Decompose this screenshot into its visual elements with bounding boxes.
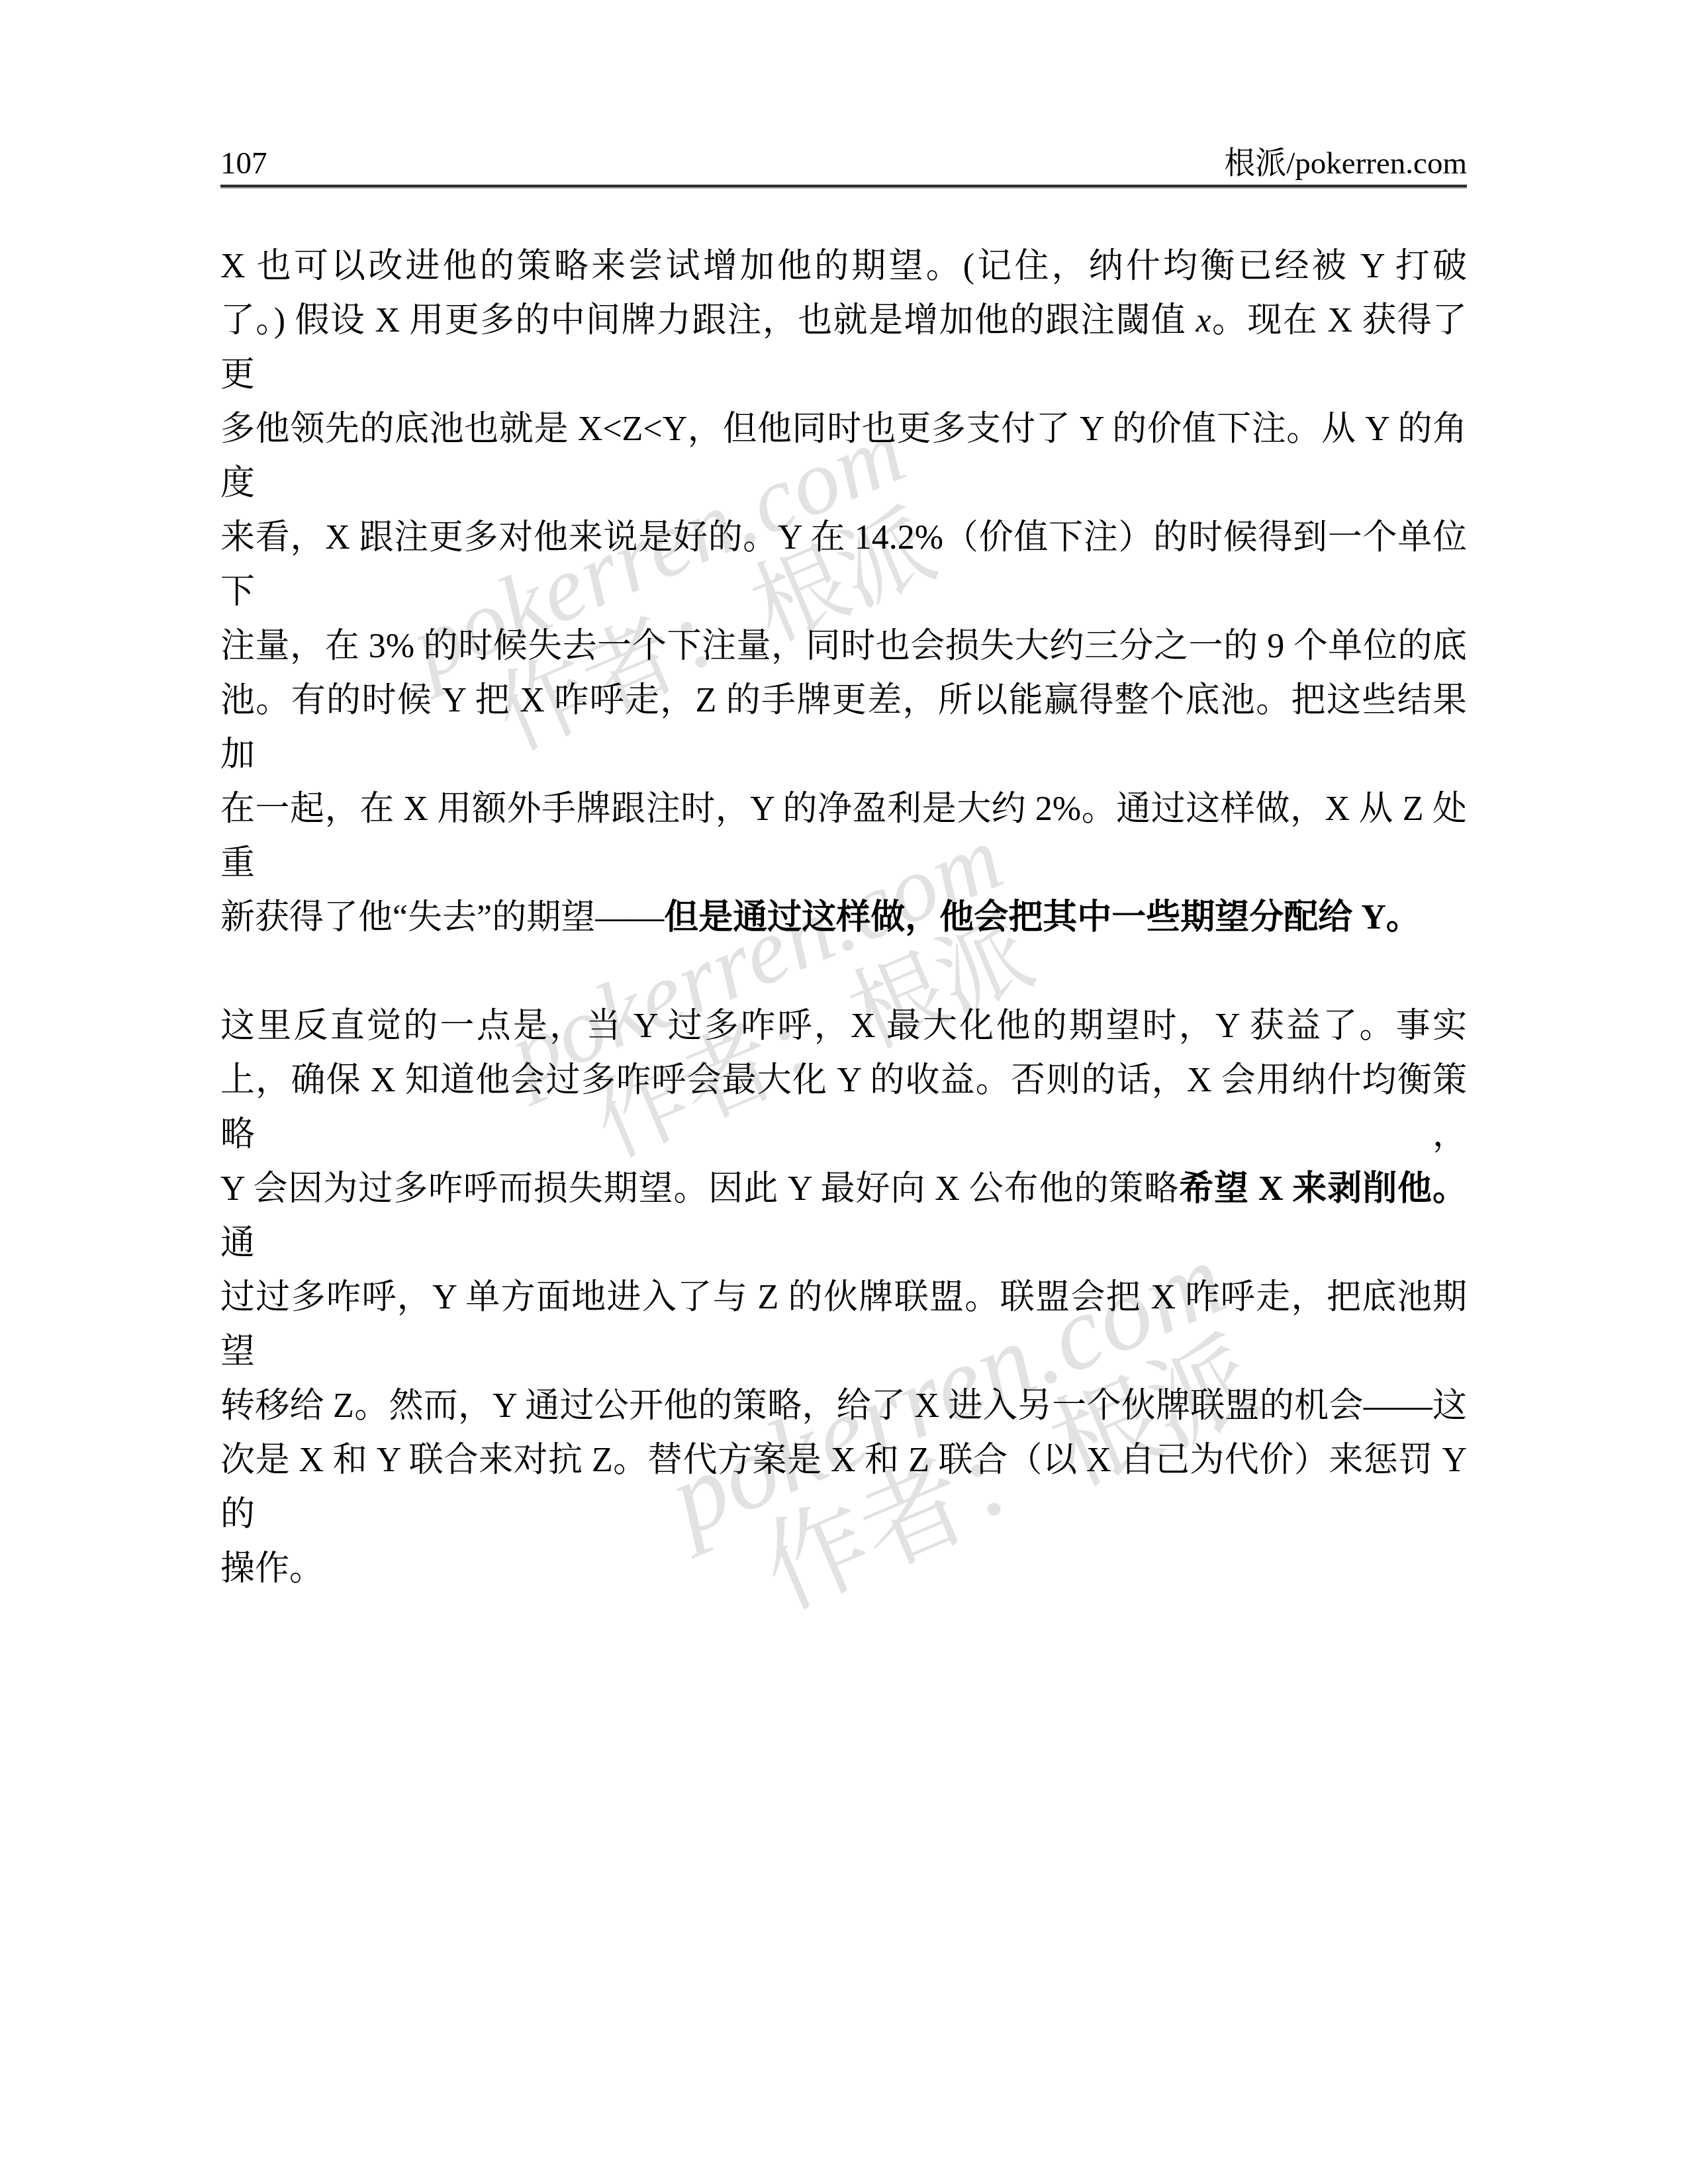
header-rule — [220, 185, 1467, 189]
text-line: X 也可以改进他的策略来尝试增加他的期望。(记住，纳什均衡已经被 Y 打破 — [220, 240, 1467, 294]
text-line: 来看，X 跟注更多对他来说是好的。Y 在 14.2%（价值下注）的时候得到一个单… — [220, 511, 1467, 619]
text-segment: 上，确保 X 知道他会过多咋呼会最大化 Y 的收益。否则的话，X 会用纳什均衡策… — [220, 1062, 1467, 1154]
text-line: 在一起，在 X 用额外手牌跟注时，Y 的净盈利是大约 2%。通过这样做，X 从 … — [220, 782, 1467, 891]
text-segment: 次是 X 和 Y 联合来对抗 Z。替代方案是 X 和 Z 联合（以 X 自己为代… — [220, 1441, 1467, 1533]
body-text: X 也可以改进他的策略来尝试增加他的期望。(记住，纳什均衡已经被 Y 打破了。)… — [220, 240, 1467, 1596]
text-line: 新获得了他“失去”的期望——但是通过这样做，他会把其中一些期望分配给 Y。 — [220, 891, 1467, 945]
text-segment: 新获得了他“失去”的期望—— — [220, 899, 664, 936]
text-line: 次是 X 和 Y 联合来对抗 Z。替代方案是 X 和 Z 联合（以 X 自己为代… — [220, 1433, 1467, 1542]
text-line: 注量，在 3% 的时候失去一个下注量，同时也会损失大约三分之一的 9 个单位的底 — [220, 619, 1467, 674]
text-segment: 在一起，在 X 用额外手牌跟注时，Y 的净盈利是大约 2%。通过这样做，X 从 … — [220, 790, 1467, 882]
text-segment: 这里反直觉的一点是，当 Y 过多咋呼，X 最大化他的期望时，Y 获益了。事实 — [220, 1007, 1467, 1045]
text-segment: 操作。 — [220, 1550, 324, 1588]
paragraph: 这里反直觉的一点是，当 Y 过多咋呼，X 最大化他的期望时，Y 获益了。事实上，… — [220, 999, 1467, 1596]
header-site-label: 根派/pokerren.com — [1224, 144, 1467, 183]
text-line: 了。) 假设 X 用更多的中间牌力跟注，也就是增加他的跟注閾值 x。现在 X 获… — [220, 294, 1467, 402]
text-segment: x — [1196, 302, 1211, 340]
text-segment: 通 — [220, 1224, 255, 1262]
page-number: 107 — [220, 144, 267, 183]
text-line: 池。有的时候 Y 把 X 咋呼走，Z 的手牌更差，所以能赢得整个底池。把这些结果… — [220, 674, 1467, 782]
bold-text-segment: 希望 X 来剥削他。 — [1179, 1170, 1467, 1208]
text-line: 多他领先的底池也就是 X<Z<Y，但他同时也更多支付了 Y 的价值下注。从 Y … — [220, 402, 1467, 511]
text-line: 转移给 Z。然而，Y 通过公开他的策略，给了 X 进入另一个伙牌联盟的机会——这 — [220, 1379, 1467, 1433]
text-segment: X 也可以改进他的策略来尝试增加他的期望。(记住，纳什均衡已经被 Y 打破 — [220, 248, 1467, 285]
page-header: 107 根派/pokerren.com — [220, 144, 1467, 183]
text-segment: 多他领先的底池也就是 X<Z<Y，但他同时也更多支付了 Y 的价值下注。从 Y … — [220, 410, 1467, 502]
text-segment: Y 会因为过多咋呼而损失期望。因此 Y 最好向 X 公布他的策略 — [220, 1170, 1179, 1208]
paragraph: X 也可以改进他的策略来尝试增加他的期望。(记住，纳什均衡已经被 Y 打破了。)… — [220, 240, 1467, 945]
bold-text-segment: 但是通过这样做，他会把其中一些期望分配给 Y。 — [664, 899, 1421, 936]
text-line: 上，确保 X 知道他会过多咋呼会最大化 Y 的收益。否则的话，X 会用纳什均衡策… — [220, 1054, 1467, 1162]
text-line: 过过多咋呼，Y 单方面地进入了与 Z 的伙牌联盟。联盟会把 X 咋呼走，把底池期… — [220, 1271, 1467, 1379]
text-segment: 来看，X 跟注更多对他来说是好的。Y 在 14.2%（价值下注）的时候得到一个单… — [220, 519, 1467, 611]
text-line: Y 会因为过多咋呼而损失期望。因此 Y 最好向 X 公布他的策略希望 X 来剥削… — [220, 1162, 1467, 1271]
text-line: 操作。 — [220, 1542, 1467, 1596]
text-segment: 池。有的时候 Y 把 X 咋呼走，Z 的手牌更差，所以能赢得整个底池。把这些结果… — [220, 682, 1467, 774]
text-segment: 过过多咋呼，Y 单方面地进入了与 Z 的伙牌联盟。联盟会把 X 咋呼走，把底池期… — [220, 1279, 1467, 1371]
text-line: 这里反直觉的一点是，当 Y 过多咋呼，X 最大化他的期望时，Y 获益了。事实 — [220, 999, 1467, 1054]
text-segment: 了。) 假设 X 用更多的中间牌力跟注，也就是增加他的跟注閾值 — [220, 302, 1196, 340]
document-page: pokerren.com 作者：根派 pokerren.com 作者：根派 po… — [0, 0, 1688, 2184]
text-segment: 注量，在 3% 的时候失去一个下注量，同时也会损失大约三分之一的 9 个单位的底 — [220, 627, 1467, 665]
text-segment: 转移给 Z。然而，Y 通过公开他的策略，给了 X 进入另一个伙牌联盟的机会——这 — [220, 1387, 1467, 1425]
